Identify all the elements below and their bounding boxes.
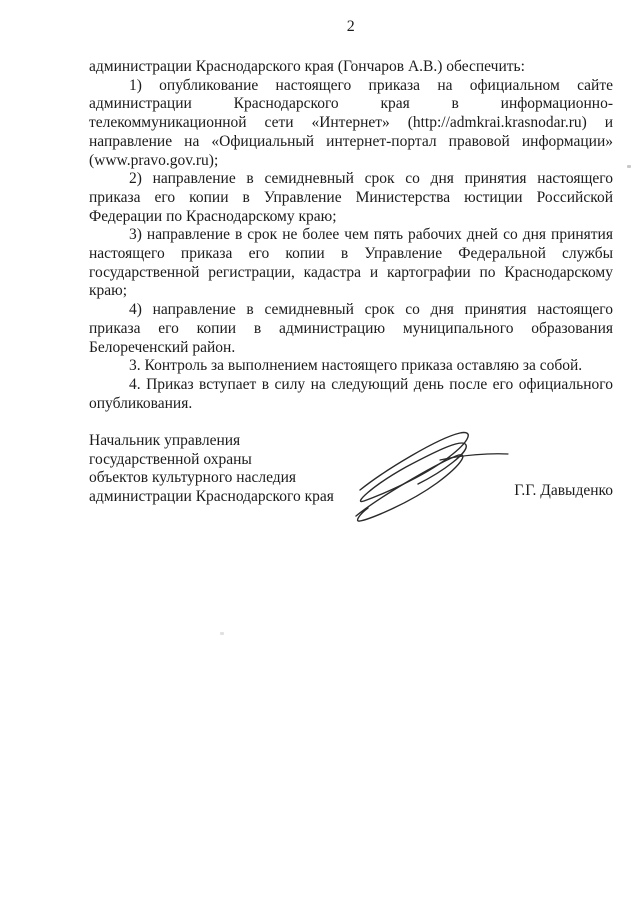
signer-position-line: объектов культурного наследия — [89, 469, 389, 488]
page-number: 2 — [89, 18, 613, 36]
signer-name: Г.Г. Давыденко — [514, 482, 613, 500]
signer-position-line: государственной охраны — [89, 451, 389, 470]
paragraph-item-3: 3) направление в срок не более чем пять … — [89, 226, 613, 301]
signer-position-block: Начальник управления государственной охр… — [89, 432, 389, 507]
signer-position-line: Начальник управления — [89, 432, 389, 451]
scan-artifact-speck — [220, 632, 224, 635]
paragraph-continuation: администрации Краснодарского края (Гонча… — [89, 58, 613, 77]
document-body: администрации Краснодарского края (Гонча… — [89, 58, 613, 413]
paragraph-item-4: 4) направление в семидневный срок со дня… — [89, 301, 613, 357]
paragraph-clause-4: 4. Приказ вступает в силу на следующий д… — [89, 376, 613, 413]
paragraph-item-1: 1) опубликование настоящего приказа на о… — [89, 77, 613, 171]
signature-icon — [350, 426, 520, 524]
scan-artifact-speck — [627, 165, 631, 168]
document-page: 2 администрации Краснодарского края (Гон… — [0, 0, 639, 905]
signer-position-line: администрации Краснодарского края — [89, 488, 389, 507]
paragraph-clause-3: 3. Контроль за выполнением настоящего пр… — [89, 357, 613, 376]
paragraph-item-2: 2) направление в семидневный срок со дня… — [89, 170, 613, 226]
